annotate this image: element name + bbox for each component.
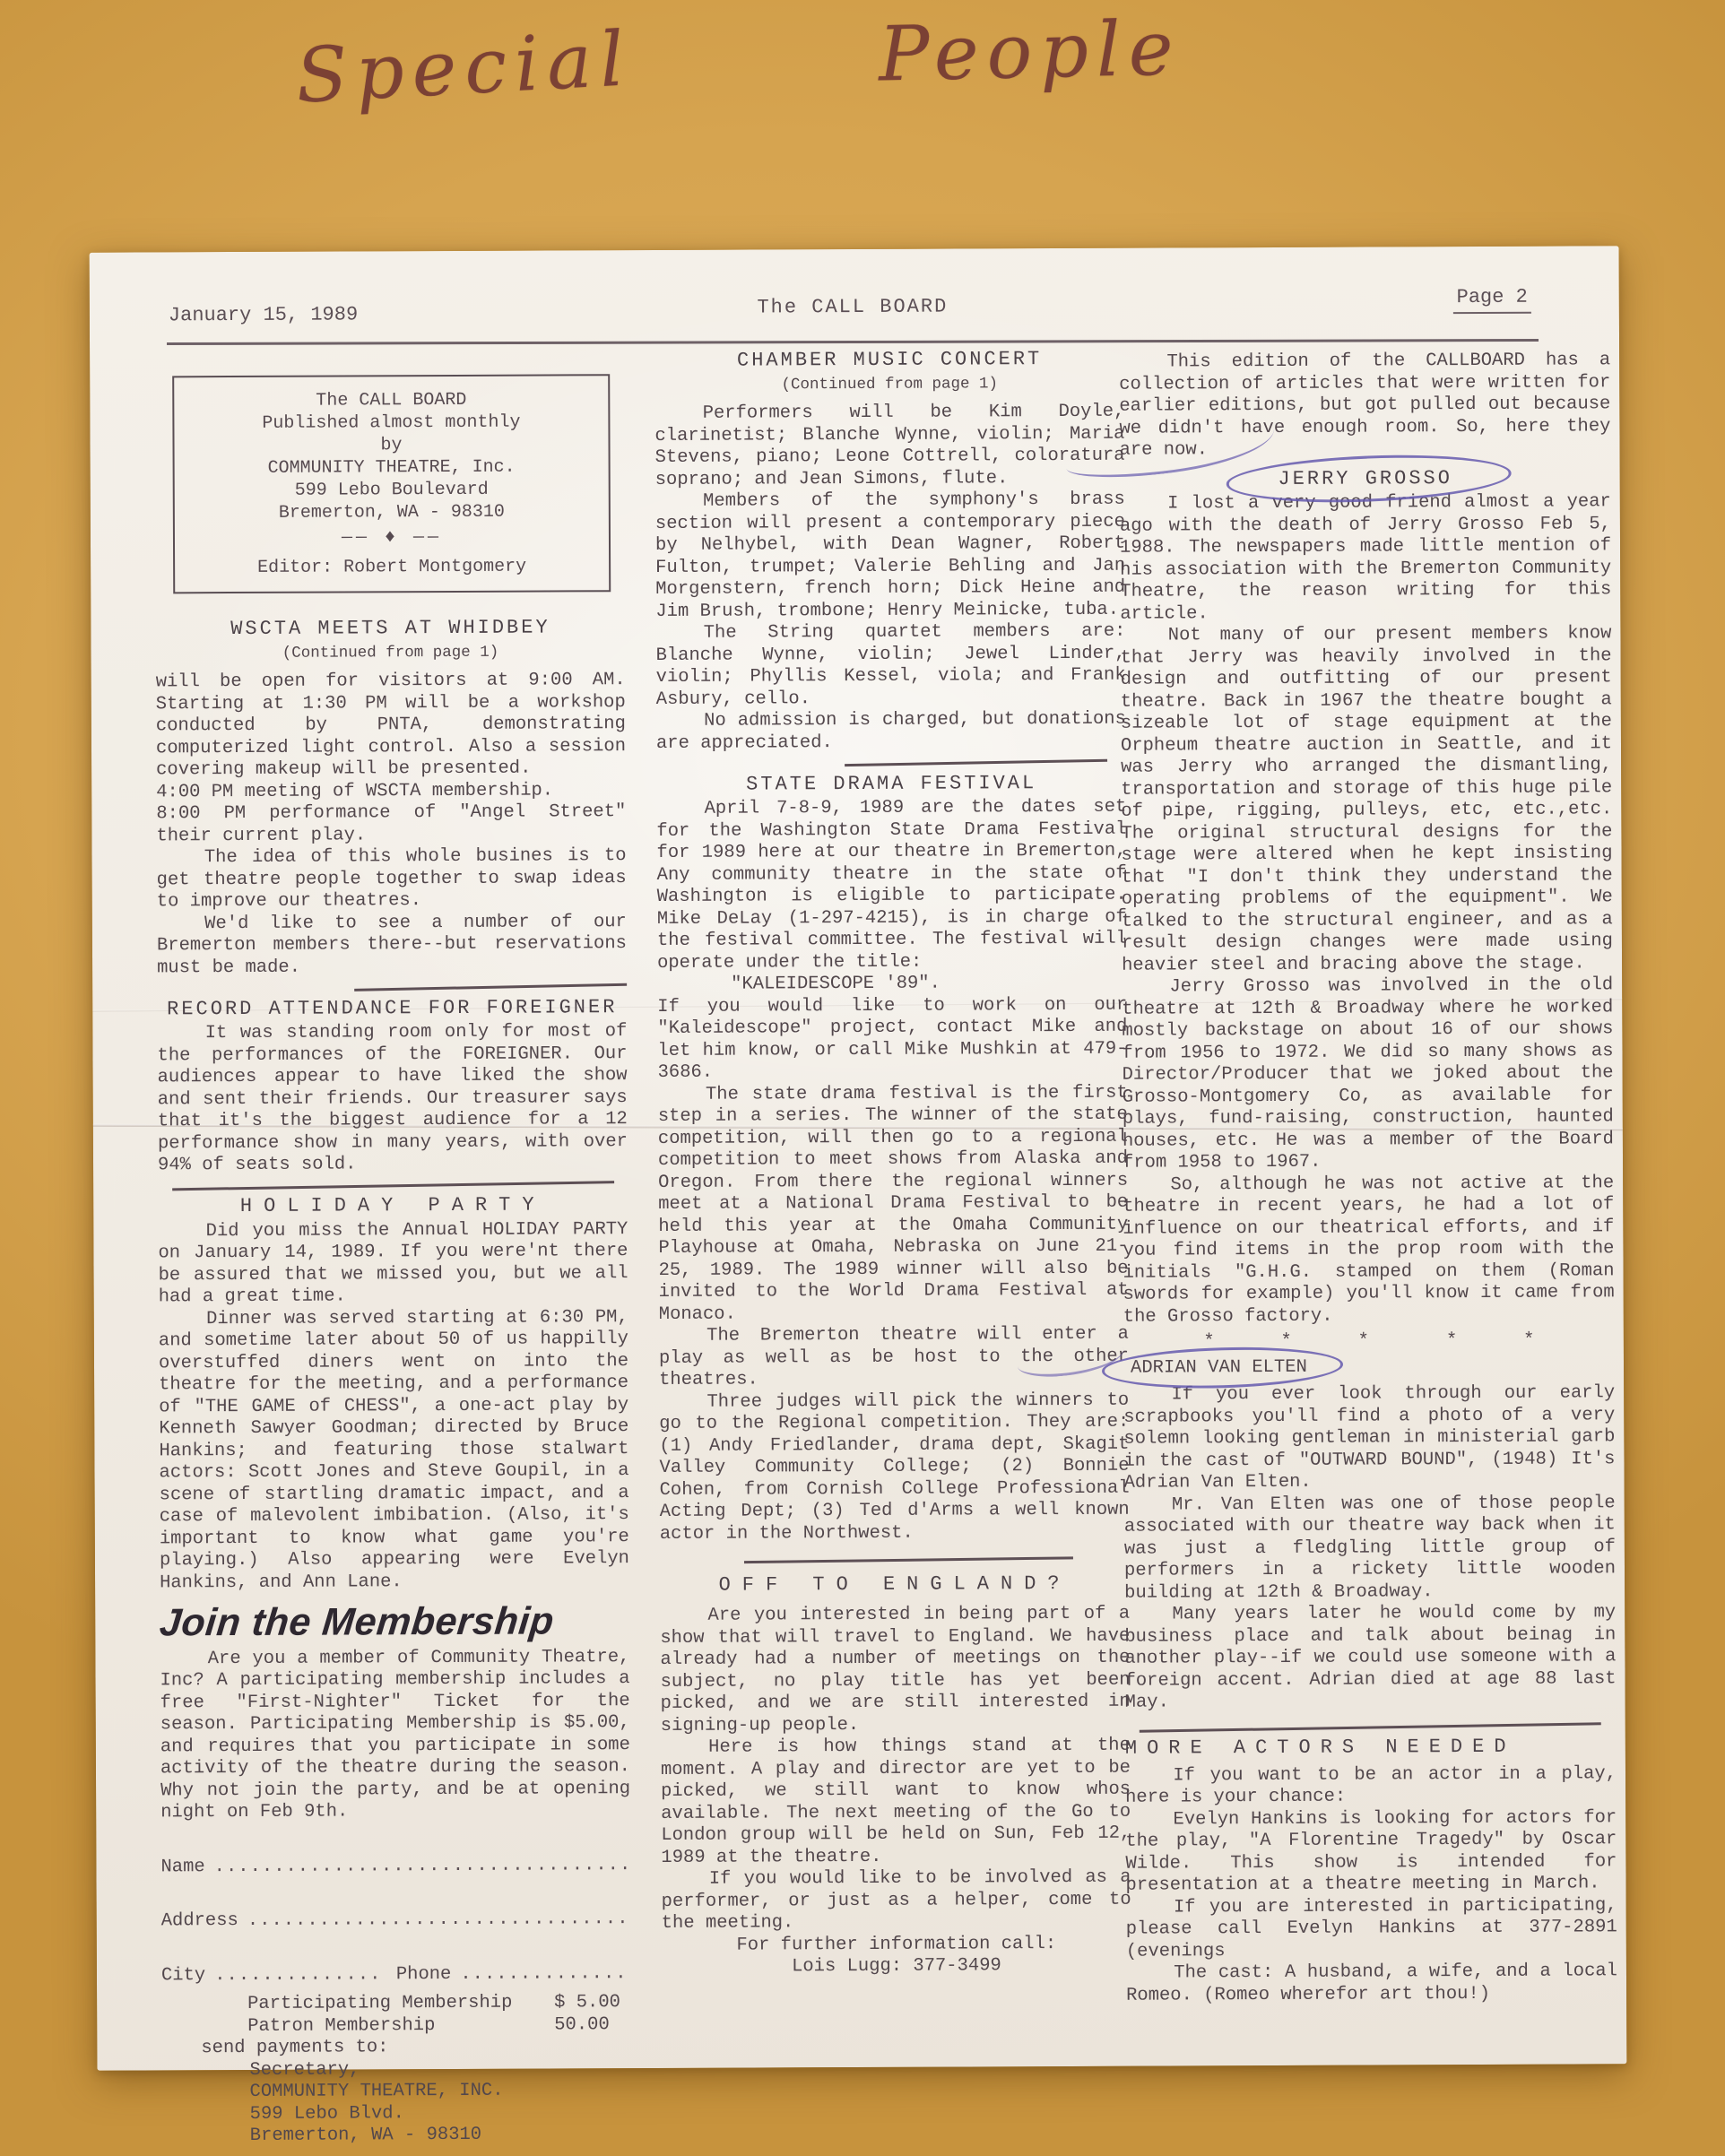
- fee-amount: 50.00: [554, 2014, 610, 2037]
- fee-row: Participating Membership $ 5.00: [247, 1992, 631, 2015]
- fee-row: Patron Membership 50.00: [247, 2014, 631, 2038]
- more-actors-heading: MORE ACTORS NEEDED: [1125, 1736, 1617, 1760]
- masthead-editor-line: Editor: Robert Montgomery: [180, 555, 603, 579]
- masthead-box: The CALL BOARD Published almost monthly …: [172, 374, 611, 593]
- paragraph: If you ever look through our early scrap…: [1123, 1382, 1616, 1494]
- paragraph: Many years later he would come by my bus…: [1124, 1602, 1617, 1714]
- city-field-blank: ........................................…: [214, 1964, 386, 1987]
- middle-column: CHAMBER MUSIC CONCERT (Continued from pa…: [654, 349, 1131, 1979]
- paragraph: Not many of our present members know tha…: [1120, 623, 1613, 976]
- paragraph: Evelyn Hankins is looking for actors for…: [1125, 1807, 1617, 1897]
- masthead-line: The CALL BOARD: [179, 388, 602, 412]
- section-divider-rule: [354, 983, 627, 991]
- payment-instruction-line: Bremerton, WA - 98310: [250, 2124, 632, 2147]
- paragraph: The state drama festival is the first st…: [658, 1082, 1129, 1326]
- paragraph: will be open for visitors at 9:00 AM. St…: [156, 670, 627, 782]
- left-column: The CALL BOARD Published almost monthly …: [154, 374, 632, 2148]
- page-number: Page 2: [1453, 286, 1531, 314]
- payment-instruction-line: send payments to:: [201, 2036, 631, 2060]
- city-field-label: City: [161, 1965, 205, 1987]
- form-city-phone-row: City ...................................…: [161, 1963, 631, 1987]
- name-field-label: Name: [160, 1857, 204, 1879]
- section-divider-rule: [845, 759, 1107, 766]
- paragraph: If you would like to be involved as a pe…: [661, 1867, 1131, 1935]
- address-field-blank: ........................................…: [247, 1909, 631, 1932]
- paragraph: If you would like to work on our "Kaleid…: [657, 994, 1127, 1084]
- chamber-music-heading: CHAMBER MUSIC CONCERT: [654, 349, 1124, 373]
- paragraph: Dinner was served starting at 6:30 PM, a…: [159, 1307, 629, 1595]
- handwritten-word-people: People: [878, 4, 1182, 98]
- newsletter-page: January 15, 1989 The CALL BOARD Page 2 T…: [90, 246, 1627, 2070]
- phone-field-label: Phone: [396, 1963, 452, 1986]
- paragraph: Here is how things stand at the moment. …: [661, 1736, 1131, 1869]
- handwritten-word-special: Special: [294, 14, 635, 119]
- masthead-divider: —— ♦ ——: [180, 525, 603, 550]
- paragraph: Members of the symphony's brass section …: [655, 489, 1126, 623]
- payment-instruction-line: COMMUNITY THEATRE, INC.: [249, 2080, 631, 2103]
- join-membership-heading: Join the Membership: [159, 1610, 630, 1634]
- paragraph: Jerry Grosso was involved in the old the…: [1122, 974, 1614, 1174]
- record-attendance-heading: RECORD ATTENDANCE FOR FOREIGNER: [157, 997, 627, 1021]
- section-divider-rule: [744, 1556, 1073, 1563]
- payment-instruction-line: 599 Lebo Blvd.: [250, 2102, 632, 2126]
- paragraph: If you want to be an actor in a play, he…: [1125, 1763, 1617, 1809]
- paragraph: Mr. Van Elten was one of those people as…: [1124, 1493, 1617, 1605]
- paragraph: If you are interested in participating, …: [1126, 1895, 1617, 1963]
- phone-field-blank: ........................................…: [460, 1963, 631, 1986]
- off-to-england-heading: OFF TO ENGLAND?: [660, 1572, 1130, 1597]
- paragraph: 8:00 PM performance of "Angel Street" th…: [156, 801, 626, 847]
- paragraph: Are you interested in being part of a sh…: [660, 1604, 1131, 1737]
- festival-title-line: "KALEIDESCOPE '89".: [657, 973, 1127, 997]
- info-call-line: For further information call:: [662, 1933, 1131, 1957]
- jerry-grosso-heading-pen-circled: JERRY GROSSO: [1270, 468, 1460, 490]
- paragraph: Did you miss the Annual HOLIDAY PARTY on…: [158, 1219, 628, 1309]
- paragraph: It was standing room only for most of th…: [157, 1021, 628, 1177]
- paragraph: We'd like to see a number of our Bremert…: [157, 912, 627, 980]
- adrian-van-elten-heading-pen-circled: ADRIAN VAN ELTEN: [1123, 1356, 1314, 1379]
- paragraph: Are you a member of Community Theatre, I…: [160, 1647, 630, 1824]
- masthead-line: Published almost monthly: [179, 411, 602, 435]
- paragraph: April 7-8-9, 1989 are the dates set for …: [656, 797, 1127, 974]
- paragraph: The String quartet members are: Blanche …: [655, 621, 1125, 711]
- right-column: This edition of the CALLBOARD has a coll…: [1119, 350, 1617, 2006]
- wscta-heading: WSCTA MEETS AT WHIDBEY: [155, 617, 625, 641]
- wscta-continued-note: (Continued from page 1): [155, 641, 625, 665]
- chamber-continued-note: (Continued from page 1): [654, 372, 1124, 396]
- paragraph: Three judges will pick the winners to go…: [659, 1390, 1130, 1546]
- address-field-label: Address: [161, 1910, 238, 1933]
- fee-label: Participating Membership: [247, 1992, 554, 2015]
- masthead-line: by: [179, 433, 602, 457]
- masthead-line: 599 Lebo Boulevard: [180, 478, 603, 502]
- header-rule: [167, 339, 1539, 345]
- paragraph: So, although he was not active at the th…: [1123, 1173, 1615, 1329]
- form-address-row: Address ................................…: [161, 1909, 631, 1933]
- fee-amount: $ 5.00: [554, 1992, 620, 2014]
- issue-date: January 15, 1989: [169, 303, 358, 326]
- paragraph: 4:00 PM meeting of WSCTA membership.: [156, 780, 626, 804]
- paragraph: No admission is charged, but donations a…: [656, 709, 1126, 755]
- fee-label: Patron Membership: [247, 2014, 554, 2038]
- state-drama-heading: STATE DRAMA FESTIVAL: [656, 772, 1126, 796]
- jerry-grosso-heading-row: JERRY GROSSO: [1120, 467, 1611, 491]
- paragraph: The cast: A husband, a wife, and a local…: [1126, 1961, 1617, 2006]
- form-name-row: Name ...................................…: [160, 1855, 630, 1879]
- paragraph: The idea of this whole busines is to get…: [156, 845, 626, 913]
- contact-line: Lois Lugg: 377-3499: [662, 1955, 1131, 1979]
- name-field-blank: ........................................…: [214, 1855, 631, 1879]
- masthead-line: Bremerton, WA - 98310: [180, 500, 603, 524]
- newsletter-title: The CALL BOARD: [757, 296, 948, 319]
- masthead-line: COMMUNITY THEATRE, Inc.: [180, 455, 603, 480]
- adrian-van-elten-heading-row: ADRIAN VAN ELTEN: [1123, 1355, 1615, 1380]
- holiday-party-heading: HOLIDAY PARTY: [158, 1194, 628, 1218]
- paragraph: I lost a very good friend almost a year …: [1120, 491, 1612, 625]
- paragraph: Performers will be Kim Doyle, clarinetis…: [654, 402, 1124, 491]
- page-header: January 15, 1989 The CALL BOARD Page 2: [169, 286, 1537, 292]
- scanned-scrapbook-background: Special People January 15, 1989 The CALL…: [0, 0, 1725, 2156]
- section-divider-rule: [172, 1181, 614, 1191]
- payment-instruction-line: Secretary,: [249, 2058, 631, 2082]
- section-divider-rule: [1140, 1722, 1601, 1732]
